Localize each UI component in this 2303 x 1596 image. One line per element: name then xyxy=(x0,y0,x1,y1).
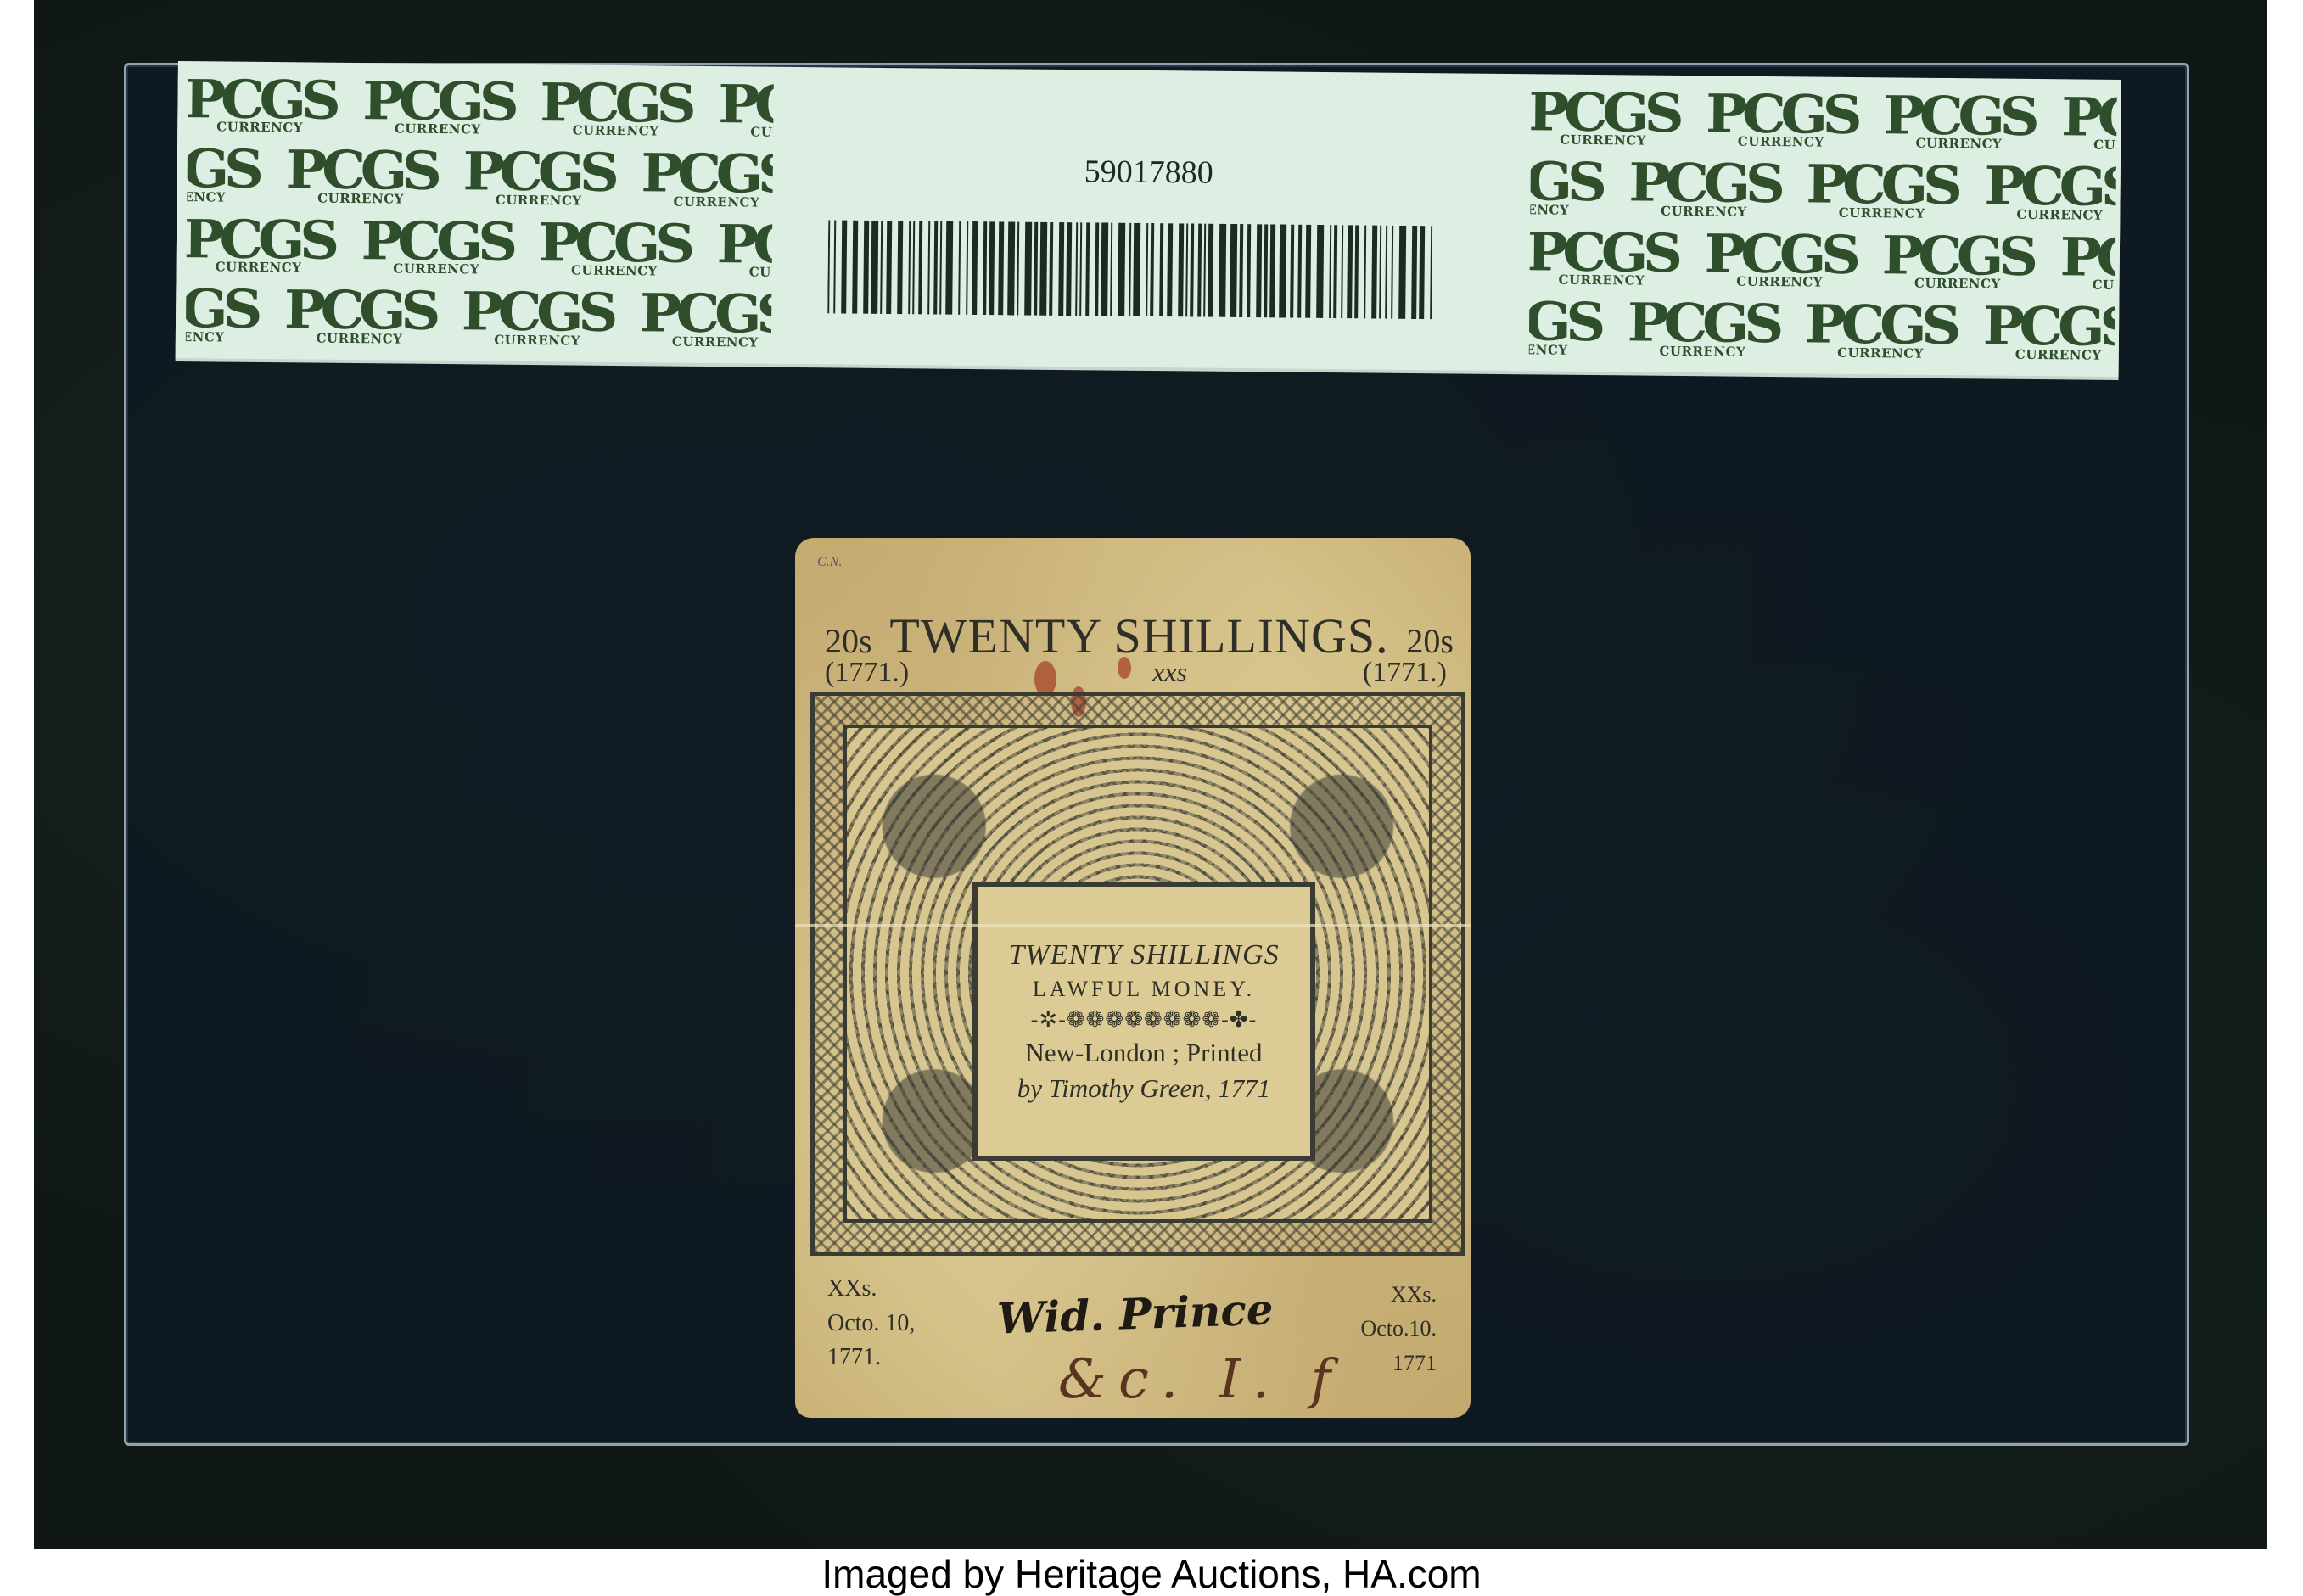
corner-pencil-mark: C.N. xyxy=(817,555,842,570)
denomination-left: 20s xyxy=(825,621,872,661)
bottom-left-line: Octo. 10, xyxy=(827,1307,915,1341)
pcgs-logo-icon: PCGSCURRENCY xyxy=(1630,300,1774,357)
bottom-right-line: Octo.10. xyxy=(1360,1312,1437,1346)
red-stain xyxy=(1118,657,1131,679)
bottom-right-date-block: XXs. Octo.10. 1771 xyxy=(1360,1278,1437,1380)
pcgs-logo-icon: PCGSCURRENCY xyxy=(1886,233,2030,290)
pcgs-logo-icon: PCGSCURRENCY xyxy=(643,291,774,348)
pcgs-logo-icon: PCGSCURRENCY xyxy=(2065,95,2117,152)
pcgs-logo-icon: PCGSCURRENCY xyxy=(188,77,332,134)
pcgs-logo-icon: PCGSCURRENCY xyxy=(465,289,609,346)
logo-panel-left: PCGSCURRENCYPCGSCURRENCYPCGSCURRENCYPCGS… xyxy=(186,70,774,356)
pcgs-logo-icon: PCGSCURRENCY xyxy=(1709,92,1853,148)
pcgs-logo-icon: PCGSCURRENCY xyxy=(1986,305,2117,361)
pcgs-logo-icon: PCGSCURRENCY xyxy=(1632,160,1776,217)
logo-panel-right: PCGSCURRENCYPCGSCURRENCYPCGSCURRENCYPCGS… xyxy=(1529,82,2117,368)
date-left: (1771.) xyxy=(825,657,909,689)
logo-row: PCGSCURRENCYPCGSCURRENCYPCGSCURRENCYPCGS… xyxy=(188,77,774,138)
denomination-header: 20s TWENTY SHILLINGS. 20s xyxy=(825,608,1454,664)
bottom-left-line: 1771. xyxy=(827,1341,915,1375)
pcgs-logo-icon: PCGSCURRENCY xyxy=(2064,235,2117,292)
pcgs-logo-icon: PCGSCURRENCY xyxy=(1987,165,2116,221)
pcgs-logo-icon: PCGSCURRENCY xyxy=(1529,159,1599,216)
pcgs-logo-icon: PCGSCURRENCY xyxy=(1707,232,1852,288)
ornamental-frame: TWENTY SHILLINGS LAWFUL MONEY. -✲-❁❁❁❁❁❁… xyxy=(810,692,1465,1256)
pcgs-logo-icon: PCGSCURRENCY xyxy=(720,222,774,279)
signature-ink: Wid. Prince xyxy=(996,1284,1274,1343)
bottom-right-line: 1771 xyxy=(1360,1347,1437,1380)
date-line: (1771.) xxs (1771.) xyxy=(825,657,1447,689)
logo-row: PCGSCURRENCYPCGSCURRENCYPCGSCURRENCYPCGS… xyxy=(1531,90,2117,151)
printer-line-1: New-London ; Printed xyxy=(1026,1038,1263,1068)
logo-row: PCGSCURRENCYPCGSCURRENCYPCGSCURRENCYPCGS… xyxy=(1530,230,2116,291)
rosette-ornament-row: -✲-❁❁❁❁❁❁❁❁-✤- xyxy=(1031,1007,1257,1033)
pcgs-logo-icon: PCGSCURRENCY xyxy=(1808,302,1953,359)
pcgs-logo-icon: PCGSCURRENCY xyxy=(1887,93,2031,150)
pcgs-logo-icon: PCGSCURRENCY xyxy=(186,286,254,343)
logo-row: PCGSCURRENCYPCGSCURRENCYPCGSCURRENCYPCGS… xyxy=(186,286,772,348)
grading-label: PCGSCURRENCYPCGSCURRENCYPCGSCURRENCYPCGS… xyxy=(176,61,2121,377)
bottom-left-line: XXs. xyxy=(827,1272,915,1307)
logo-row: PCGSCURRENCYPCGSCURRENCYPCGSCURRENCYPCGS… xyxy=(1529,159,2116,221)
center-subtitle: LAWFUL MONEY. xyxy=(1033,977,1255,1002)
banknote: C.N. 20s TWENTY SHILLINGS. 20s (1771.) x… xyxy=(795,538,1471,1418)
bottom-right-line: XXs. xyxy=(1360,1278,1437,1312)
barcode-icon xyxy=(827,220,1432,319)
printer-line-2: by Timothy Green, 1771 xyxy=(1017,1073,1270,1104)
image-credit-caption: Imaged by Heritage Auctions, HA.com xyxy=(0,1551,2303,1596)
signature-brown: &c. I. f xyxy=(1058,1348,1342,1411)
pcgs-logo-icon: PCGSCURRENCY xyxy=(542,221,686,277)
logo-row: PCGSCURRENCYPCGSCURRENCYPCGSCURRENCYPCGS… xyxy=(187,217,773,278)
pcgs-logo-icon: PCGSCURRENCY xyxy=(721,82,774,139)
denomination-right: 20s xyxy=(1406,621,1454,661)
date-right: (1771.) xyxy=(1363,657,1447,689)
pcgs-logo-icon: PCGSCURRENCY xyxy=(544,81,688,137)
denomination-title: TWENTY SHILLINGS. xyxy=(889,608,1388,664)
fold-crease xyxy=(795,924,1471,927)
pcgs-logo-icon: PCGSCURRENCY xyxy=(1810,162,1954,219)
logo-row: PCGSCURRENCYPCGSCURRENCYPCGSCURRENCYPCGS… xyxy=(1529,299,2115,361)
pcgs-logo-icon: PCGSCURRENCY xyxy=(1531,90,1675,147)
xxs-mark: xxs xyxy=(1152,657,1187,689)
pcgs-logo-icon: PCGSCURRENCY xyxy=(364,219,508,276)
bottom-left-date-block: XXs. Octo. 10, 1771. xyxy=(827,1272,915,1375)
center-title: TWENTY SHILLINGS xyxy=(1008,939,1279,972)
pcgs-logo-icon: PCGSCURRENCY xyxy=(288,288,432,344)
pcgs-logo-icon: PCGSCURRENCY xyxy=(366,79,510,136)
pcgs-logo-icon: PCGSCURRENCY xyxy=(187,217,331,274)
pcgs-logo-icon: PCGSCURRENCY xyxy=(1530,230,1674,287)
pcgs-logo-icon: PCGSCURRENCY xyxy=(1529,299,1597,356)
